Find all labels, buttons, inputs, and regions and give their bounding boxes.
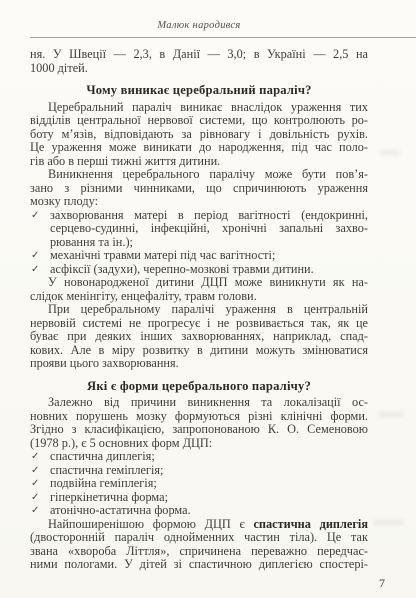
list-item: ✓спастична диплегія; [30, 450, 368, 464]
text-line: слідок менінгіту, енцефаліту, травм голо… [30, 290, 368, 304]
paragraph: У новонародженої дитини ДЦП може виникну… [30, 276, 368, 303]
list-item: ✓механічні травми матері під час вагітно… [30, 249, 368, 263]
checkmark-icon: ✓ [31, 450, 39, 464]
checkmark-icon: ✓ [31, 249, 39, 263]
running-header-title: Малюк народився [30, 0, 368, 31]
text-line: нервовій системі не прогресує і не розви… [30, 317, 368, 331]
list-item-text: атонічно-астатична форма. [50, 504, 368, 518]
paragraph: ня. У Швеції — 2,3, в Данії — 3,0; в Укр… [30, 48, 368, 75]
text-line: гів або в перші тижні життя дитини. [30, 155, 368, 169]
checkmark-icon: ✓ [31, 491, 39, 505]
text-line: атонічно-астатична форма. [50, 504, 368, 518]
text-line: Виникнення церебрального паралічу може б… [30, 168, 368, 182]
checkmark-icon: ✓ [31, 263, 39, 277]
text-line: буває при деяких інших захворюваннях, на… [30, 330, 368, 344]
list-item-text: захворювання матері в період вагітності … [50, 209, 368, 250]
show-through-smudge [378, 412, 404, 417]
list-item-text: гіперкінетична форма; [50, 491, 368, 505]
text-line: зано з різними чинниками, що спричинюють… [30, 182, 368, 196]
page-number: 7 [379, 576, 385, 591]
text-line: мозку плоду: [30, 195, 368, 209]
list-item-text: спастична диплегія; [50, 450, 368, 464]
text-line: кових. Але в міру розвитку в дитини можу… [30, 344, 368, 358]
checkmark-icon: ✓ [31, 504, 39, 518]
paragraph: Виникнення церебрального паралічу може б… [30, 168, 368, 209]
list-item: ✓подвійна геміплегія; [30, 477, 368, 491]
list-item: ✓атонічно-астатична форма. [30, 504, 368, 518]
section-heading: Які є форми церебрального паралічу? [30, 380, 368, 394]
text-line: Згідно з класифікацією, запропонованою К… [30, 423, 368, 437]
text-line: рювання та ін.); [50, 236, 368, 250]
text-line: подвійна геміплегія; [50, 477, 368, 491]
book-page: Малюк народився ня. У Швеції — 2,3, в Да… [0, 0, 416, 598]
text-line: ними пологами. У дітей зі спастичною дип… [30, 558, 368, 572]
paragraph: Залежно від причини виникнення та локалі… [30, 396, 368, 450]
checkmark-icon: ✓ [31, 464, 39, 478]
list-item-text: асфіксії (задухи), черепно-мозкові травм… [50, 263, 368, 277]
running-header: Малюк народився [30, 0, 416, 37]
checkmark-icon: ✓ [31, 209, 39, 223]
text-line: механічні травми матері під час вагітнос… [50, 249, 368, 263]
paragraph: При церебральному паралічі ураження в це… [30, 303, 368, 371]
text-line: (1978 р.), є 5 основних форм ДЦП: [30, 437, 368, 451]
check-list: ✓спастична диплегія;✓спастична геміплегі… [30, 450, 368, 518]
check-list: ✓захворювання матері в період вагітності… [30, 209, 368, 277]
text-line: захворювання матері в період вагітності … [50, 209, 368, 223]
paragraph: Церебральний параліч виникає внаслідок у… [30, 101, 368, 169]
list-item: ✓захворювання матері в період вагітності… [30, 209, 368, 250]
list-item: ✓асфіксії (задухи), черепно-мозкові трав… [30, 263, 368, 277]
list-item-text: механічні травми матері під час вагітнос… [50, 249, 368, 263]
text-line: Церебральний параліч виникає внаслідок у… [30, 101, 368, 115]
checkmark-icon: ✓ [31, 477, 39, 491]
text-line: Це ураження може виникати до народження,… [30, 141, 368, 155]
text-line: гіперкінетична форма; [50, 491, 368, 505]
section-heading: Чому виникає церебральний параліч? [30, 84, 368, 98]
list-item: ✓гіперкінетична форма; [30, 491, 368, 505]
text-line: відділів центральної нервової системи, щ… [30, 114, 368, 128]
text-line: Залежно від причини виникнення та локалі… [30, 396, 368, 410]
text-line: асфіксії (задухи), черепно-мозкові травм… [50, 263, 368, 277]
text-line: 1000 дітей. [30, 62, 368, 76]
text-line: новних порушень мозку формуються різні к… [30, 410, 368, 424]
text-line: При церебральному паралічі ураження в це… [30, 303, 368, 317]
text-line: У новонародженої дитини ДЦП може виникну… [30, 276, 368, 290]
list-item-text: спастична геміплегія; [50, 464, 368, 478]
text-line: ня. У Швеції — 2,3, в Данії — 3,0; в Укр… [30, 48, 368, 62]
show-through-smudge [374, 520, 404, 525]
text-line: спастична геміплегія; [50, 464, 368, 478]
text-line: боту м’язів, відповідають за рівновагу і… [30, 128, 368, 142]
list-item-text: подвійна геміплегія; [50, 477, 368, 491]
text-line: Найпоширенішою формою ДЦП є спастична ди… [30, 518, 368, 532]
text-line: прояви цього захворювання. [30, 357, 368, 371]
text-line: звана «хвороба Літтля», спричинена перев… [30, 545, 368, 559]
text-column: ня. У Швеції — 2,3, в Данії — 3,0; в Укр… [30, 38, 368, 572]
show-through-smudge [380, 150, 400, 155]
text-line: спастична диплегія; [50, 450, 368, 464]
list-item: ✓спастична геміплегія; [30, 464, 368, 478]
text-line: (двосторонній параліч однойменних частин… [30, 531, 368, 545]
paragraph: Найпоширенішою формою ДЦП є спастична ди… [30, 518, 368, 572]
text-line: серцево-судинні, інфекційні, хронічні за… [50, 222, 368, 236]
